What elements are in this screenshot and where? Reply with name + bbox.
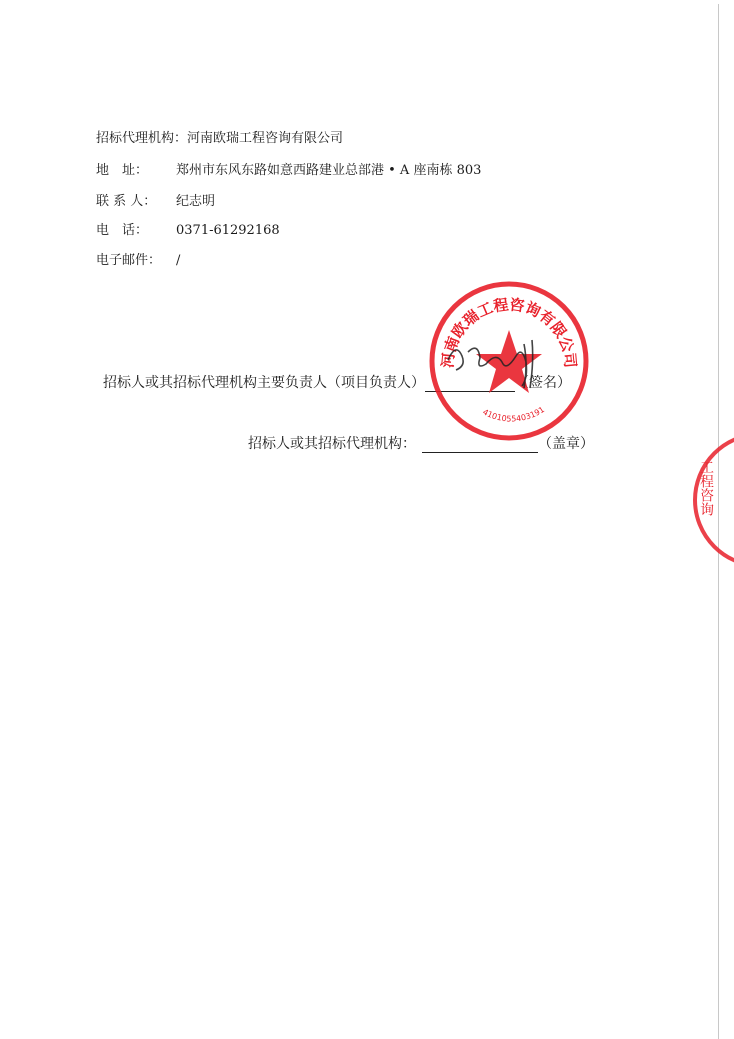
company-seal-stamp: 河南欧瑞工程咨询有限公司 4101055403191 (428, 280, 590, 442)
agency-label: 招标代理机构： (96, 131, 187, 146)
seal-text: 招标人或其招标代理机构： (248, 436, 416, 452)
email-label: 电子邮件： (96, 253, 176, 269)
contact-row: 联 系 人：纪志明 (96, 194, 215, 210)
phone-label: 电 话： (96, 223, 176, 239)
stamp-number: 4101055403191 (481, 405, 546, 424)
partial-stamp-text: 工程咨询 (698, 460, 714, 516)
contact-label: 联 系 人： (96, 194, 176, 210)
phone-value: 0371-61292168 (176, 223, 280, 238)
svg-text:4101055403191: 4101055403191 (481, 405, 546, 424)
agency-row: 招标代理机构：河南欧瑞工程咨询有限公司 (96, 131, 343, 147)
address-value: 郑州市东风东路如意西路建业总部港 • A 座南栋 803 (176, 163, 481, 178)
address-row: 地 址：郑州市东风东路如意西路建业总部港 • A 座南栋 803 (96, 163, 481, 179)
email-value: / (176, 253, 180, 268)
email-row: 电子邮件：/ (96, 253, 180, 269)
signature-text: 招标人或其招标代理机构主要负责人（项目负责人） (103, 375, 425, 391)
agency-value: 河南欧瑞工程咨询有限公司 (187, 131, 343, 146)
phone-row: 电 话：0371-61292168 (96, 223, 280, 239)
partial-seal-stamp: 工程咨询 (686, 430, 734, 570)
contact-value: 纪志明 (176, 194, 215, 209)
address-label: 地 址： (96, 163, 176, 179)
